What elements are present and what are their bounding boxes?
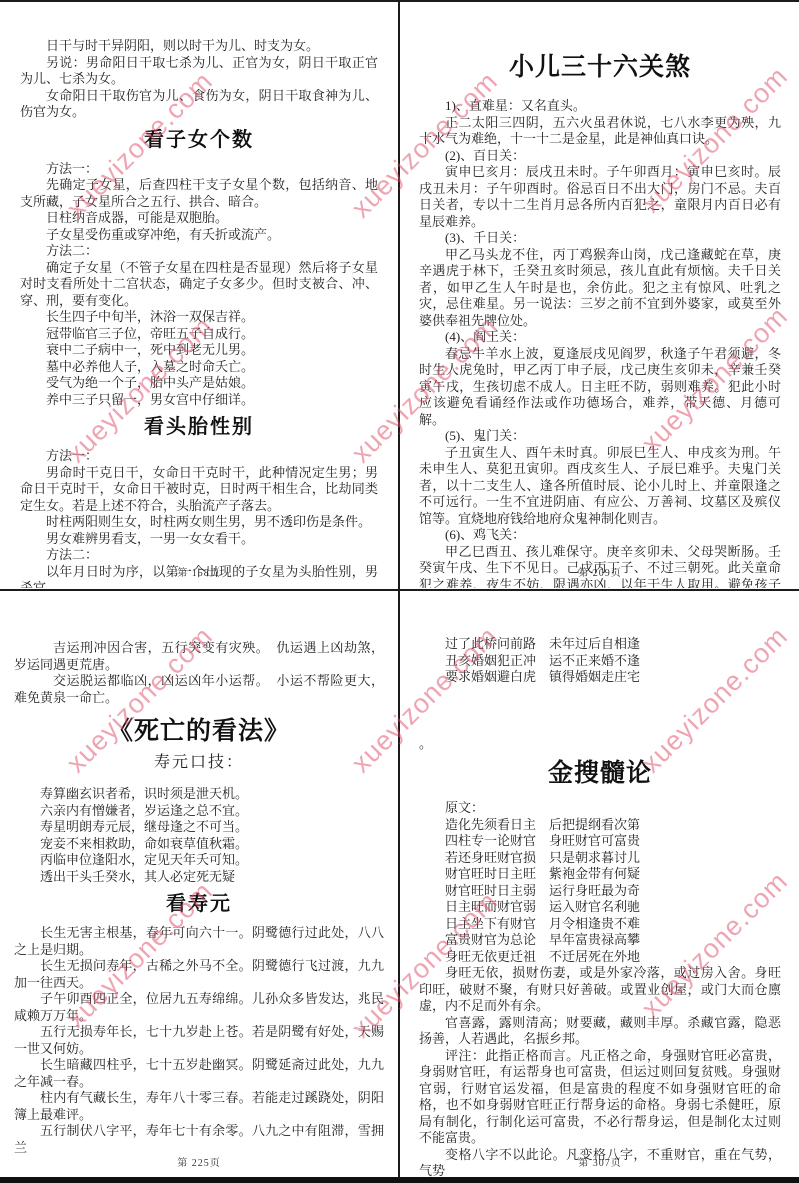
verse-line: 墓中必养他人子，入墓之时命夭亡。 <box>20 359 378 376</box>
paragraph: (6)、鸡飞关： <box>419 527 781 544</box>
page-body: 吉运刑冲因合害，五行突变有灾殃。 仇运遇上凶劫煞，岁运同遇更荒唐。交运脱运都临凶… <box>0 592 398 1156</box>
verse-line: 丙临申位逢阳水，定见天年夭可知。 <box>14 852 384 869</box>
paragraph: 1)、直难星：又名直头。 <box>419 98 781 115</box>
verse-line: 养中三子只留一，男女宫中仔细详。 <box>20 392 378 409</box>
page-number: 第 158页 <box>0 564 398 579</box>
verse-line: 造化先须看日主 后把提纲看次第 <box>419 817 781 834</box>
page-number: 第 225页 <box>0 1154 398 1169</box>
paragraph: 五行无损寿年长，七十九岁赴上苍。若是阴鹭有好处，天赐一世又何妨。 <box>14 1024 384 1057</box>
paragraph: 时柱两阳则生女，时柱两女则生男，男不透印伤是条件。 <box>20 514 378 531</box>
paragraph: 方法一： <box>20 161 378 178</box>
verse-line: 六亲内有憎嫌者，岁运逢之总不宜。 <box>14 803 384 820</box>
section-title: 金搜髓论 <box>419 758 781 788</box>
verse-line: 丑亥婚姻犯正冲 运不正来婚不逢 <box>419 653 781 670</box>
section-title: 《死亡的看法》 <box>14 716 384 746</box>
paragraph: 子午卯酉四正全，位居九五寿绵绵。儿孙众多皆发达，兆民咸赖万万年。 <box>14 991 384 1024</box>
paragraph: 长生暗藏四柱乎，七十五岁赴幽冥。阴鹭延斋过此处，九九之年减一春。 <box>14 1057 384 1090</box>
paragraph: 交运脱运都临凶，凶运凶年小运帮。 小运不帮险更大，难免黄泉一命亡。 <box>14 673 384 706</box>
verse-line: 若还身旺财官损 只是朝求暮讨儿 <box>419 850 781 867</box>
verse-line: 日主坐下有财官 月令相逢贵不难 <box>419 916 781 933</box>
page-border-bottom <box>0 1177 799 1183</box>
sub-title: 看子女个数 <box>20 127 378 153</box>
verse-line: 衰中二子病中一，死中到老无儿男。 <box>20 342 378 359</box>
section-title: 小儿三十六关煞 <box>419 52 781 82</box>
paragraph: 另说：男命阳日干取七杀为儿、正官为女，阴日干取正官为儿、七杀为女。 <box>20 55 378 88</box>
paragraph: 寅申巳亥月：辰戌丑未时。子午卯酉月：寅申巳亥时。辰戌丑未月：子午卯酉时。俗忌百日… <box>419 164 781 230</box>
page-body: 小儿三十六关煞1)、直难星：又名直头。正二太阳三四阴，五六火虽君休说，七八水李更… <box>401 0 799 588</box>
paragraph: 女命阳日干取伤官为儿、食伤为女，阴日干取食神为儿、伤官为女。 <box>20 88 378 121</box>
paragraph: 柱内有气藏长生，寿年八十零三春。若能走过蹊跷处，阴阳簿上最难评。 <box>14 1090 384 1123</box>
sub-title: 看寿元 <box>14 891 384 917</box>
paragraph: 五行制伏八字平，寿年七十有余零。八九之中有阻滞，雪拥兰 <box>14 1123 384 1156</box>
paragraph: (5)、鬼门关： <box>419 428 781 445</box>
paragraph: 方法二： <box>20 547 378 564</box>
verse-line: 要求婚姻避白虎 镇得婚姻走庄宅 <box>419 669 781 686</box>
paragraph: 日干与时干异阴阳，则以时干为儿、时支为女。 <box>20 38 378 55</box>
sub-title: 看头胎性别 <box>20 414 378 440</box>
verse-line: 过了此桥问前路 未年过后自相逢 <box>419 636 781 653</box>
page-body: 日干与时干异阴阳，则以时干为儿、时支为女。另说：男命阳日干取七杀为儿、正官为女，… <box>0 0 398 588</box>
paragraph: 。 <box>419 736 781 753</box>
paragraph: 确定子女星（不管子女星在四柱是否显现）然后将子女星对时支看所处十二宫状态，确定子… <box>20 260 378 310</box>
paragraph: 吉运刑冲因合害，五行突变有灾殃。 仇运遇上凶劫煞，岁运同遇更荒唐。 <box>14 640 384 673</box>
paragraph: 甲乙马头龙不住，丙丁鸡猴奔山岗，戊己逢藏蛇在草，庚辛遇虎于林下，壬癸丑亥时须忌，… <box>419 247 781 330</box>
verse-line: 寿星明朗寿元辰，继母逢之不可当。 <box>14 819 384 836</box>
verse-line: 寿算幽玄识者希，识时须是泄天机。 <box>14 786 384 803</box>
page-divider-vertical <box>398 0 400 1183</box>
paragraph: 春忌牛羊水上波，夏逢辰戌见阎罗，秋逢子午君须避，冬时生人虎兔时，甲乙丙丁申子辰，… <box>419 346 781 429</box>
page-225: 吉运刑冲因合害，五行突变有灾殃。 仇运遇上凶劫煞，岁运同遇更荒唐。交运脱运都临凶… <box>0 592 398 1178</box>
paragraph: (2)、百日关： <box>419 148 781 165</box>
verse-line: 身旺无依更迁祖 不迁居死在外地 <box>419 949 781 966</box>
paragraph: 身旺无依，损财伤妻，或是外家冷落，或过房入舍。身旺印旺，破财不聚，有财只好善破。… <box>419 965 781 1015</box>
paragraph: (3)、千日关： <box>419 230 781 247</box>
verse-line: 冠带临官三子位，帝旺五子自成行。 <box>20 326 378 343</box>
paragraph: (4)、阎王关： <box>419 329 781 346</box>
paragraph: 子女星受伤重或穿冲绝，有夭折或流产。 <box>20 227 378 244</box>
paragraph: 长生无害主根基，春年可向六十一。阴鹭德行过此处，八八之上是归期。 <box>14 925 384 958</box>
spacer <box>419 686 781 736</box>
page-body: 过了此桥问前路 未年过后自相逢丑亥婚姻犯正冲 运不正来婚不逢要求婚姻避白虎 镇得… <box>401 592 799 1178</box>
page-number: 第 209页 <box>401 564 799 579</box>
verse-line: 日主旺而财官弱 运入财官名利驰 <box>419 899 781 916</box>
paragraph: 日柱纳音成器，可能是双胞胎。 <box>20 210 378 227</box>
paragraph: 原文： <box>419 800 781 817</box>
document-sheet: 日干与时干异阴阳，则以时干为儿、时支为女。另说：男命阳日干取七杀为儿、正官为女，… <box>0 0 799 1183</box>
verse-line: 四柱专一论财官 身旺财官可富贵 <box>419 833 781 850</box>
paragraph: 长生无损问寿年，古稀之外马不全。阴鹭德行飞过渡，九九加一往西天。 <box>14 958 384 991</box>
paragraph: 方法一： <box>20 448 378 465</box>
paragraph: 男女难辨男看支，一男一女女看干。 <box>20 531 378 548</box>
small-title: 寿元口技： <box>14 752 384 774</box>
paragraph: 官喜露，露则清高；财要藏，藏则丰厚。杀藏官露，隐恶扬善，人若遇此，名振乡邦。 <box>419 1015 781 1048</box>
page-307: 过了此桥问前路 未年过后自相逢丑亥婚姻犯正冲 运不正来婚不逢要求婚姻避白虎 镇得… <box>401 592 799 1178</box>
verse-line: 受气为绝一个子，胎中头产是姑娘。 <box>20 375 378 392</box>
paragraph: 评注：此指正格而言。凡正格之命，身强财官旺必富贵，身弱财官旺，有运帮身也可富贵，… <box>419 1048 781 1147</box>
verse-line: 长生四子中旬半，沐浴一双保吉祥。 <box>20 309 378 326</box>
paragraph: 男命时干克日干，女命日干克时干，此种情况定生男；男命日干克时干，女命日干被时克，… <box>20 465 378 515</box>
paragraph: 正二太阳三四阴，五六火虽君休说，七八水李更为殃，九十水气为难绝，十一十二是金星，… <box>419 115 781 148</box>
paragraph: 方法二： <box>20 243 378 260</box>
page-209: 小儿三十六关煞1)、直难星：又名直头。正二太阳三四阴，五六火虽君休说，七八水李更… <box>401 0 799 588</box>
verse-line: 财官旺时日主弱 运行身旺最为奇 <box>419 883 781 900</box>
paragraph: 子丑寅生人、酉午未时真。卯辰巳生人、申戌亥为刑。午未申生人、莫犯丑寅卯。酉戌亥生… <box>419 445 781 528</box>
page-158: 日干与时干异阴阳，则以时干为儿、时支为女。另说：男命阳日干取七杀为儿、正官为女，… <box>0 0 398 588</box>
page-number: 第 307页 <box>401 1154 799 1169</box>
verse-line: 富贵财官为总论 早年富贵禄高攀 <box>419 932 781 949</box>
verse-line: 宠妾不来相救助，命如衰草值秋霜。 <box>14 836 384 853</box>
verse-line: 财官旺时日主旺 紫袍金带有何疑 <box>419 866 781 883</box>
verse-line: 透出干头壬癸水，其人必定死无疑 <box>14 869 384 886</box>
paragraph: 先确定子女星，后查四柱干支子女星个数，包括纳音、地支所藏，子女星所合之五行、拱合… <box>20 177 378 210</box>
